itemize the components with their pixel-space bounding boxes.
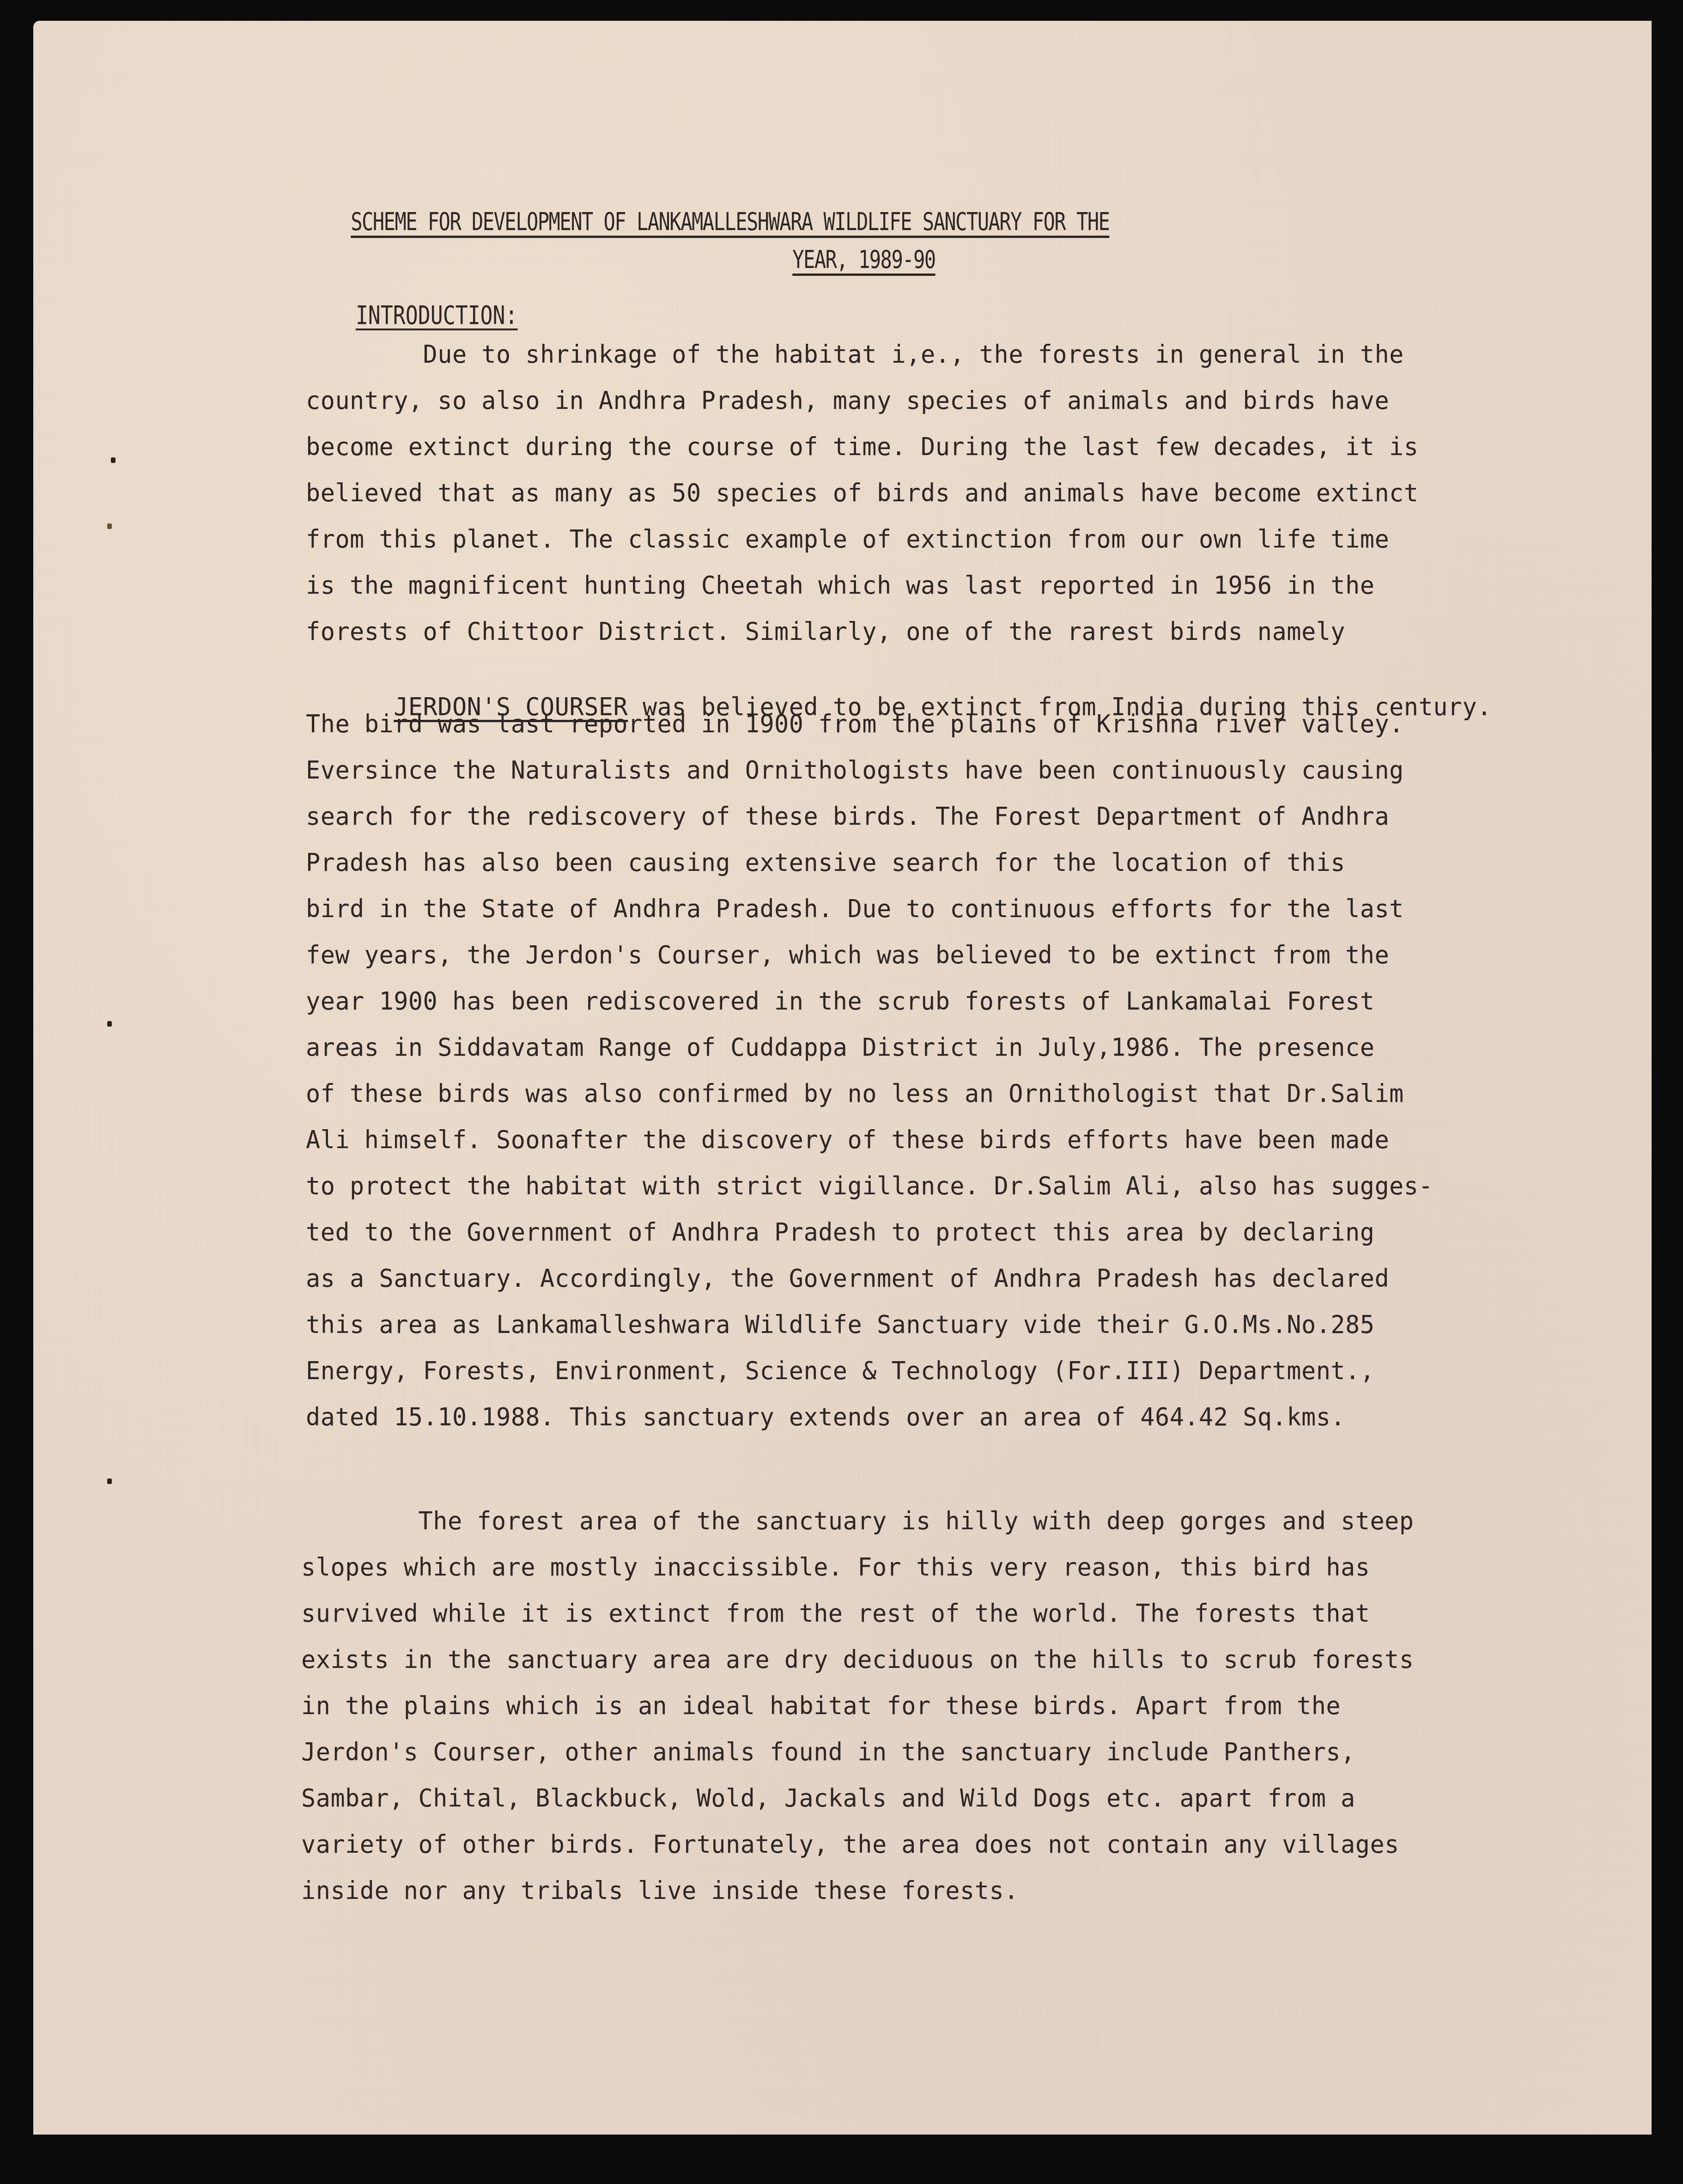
title-line-2: YEAR, 1989-90 (792, 245, 935, 274)
text-line: country, so also in Andhra Pradesh, many… (306, 386, 1389, 415)
text-line: of these birds was also confirmed by no … (306, 1079, 1404, 1108)
punch-hole-mark (111, 457, 115, 463)
text-line: ted to the Government of Andhra Pradesh … (306, 1217, 1374, 1247)
text-line: is the magnificent hunting Cheetah which… (306, 571, 1374, 600)
text-line: areas in Siddavatam Range of Cuddappa Di… (306, 1033, 1374, 1062)
text-line: in the plains which is an ideal habitat … (301, 1691, 1341, 1720)
text-line: survived while it is extinct from the re… (301, 1599, 1370, 1628)
text-line: forests of Chittoor District. Similarly,… (306, 617, 1345, 646)
text-line: slopes which are mostly inaccissible. Fo… (301, 1552, 1370, 1582)
text-line: Eversince the Naturalists and Ornitholog… (306, 755, 1404, 785)
text-line: variety of other birds. Fortunately, the… (301, 1830, 1399, 1859)
text-line: to protect the habitat with strict vigil… (306, 1171, 1433, 1200)
text-line: this area as Lankamalleshwara Wildlife S… (306, 1310, 1374, 1339)
document-title-year: YEAR, 1989-90 (748, 216, 936, 303)
text-line: inside nor any tribals live inside these… (301, 1876, 1019, 1905)
text-line: Jerdon's Courser, other animals found in… (301, 1737, 1355, 1766)
text-line: believed that as many as 50 species of b… (306, 478, 1418, 507)
introduction-heading: INTRODUCTION: (356, 300, 518, 330)
text-line: Energy, Forests, Environment, Science & … (306, 1356, 1374, 1385)
punch-hole-mark (107, 523, 112, 529)
text-line: The forest area of the sanctuary is hill… (301, 1506, 1414, 1535)
text-line: year 1900 has been rediscovered in the s… (306, 986, 1374, 1016)
text-line: search for the rediscovery of these bird… (306, 802, 1389, 831)
text-line: exists in the sanctuary area are dry dec… (301, 1645, 1414, 1674)
text-line: Due to shrinkage of the habitat i,e., th… (306, 340, 1404, 369)
punch-hole-mark (107, 1021, 112, 1027)
text-line: Sambar, Chital, Blackbuck, Wold, Jackals… (301, 1783, 1355, 1813)
title-line-1: SCHEME FOR DEVELOPMENT OF LANKAMALLESHWA… (351, 207, 1109, 236)
document-page: SCHEME FOR DEVELOPMENT OF LANKAMALLESHWA… (33, 21, 1652, 2135)
text-line: dated 15.10.1988. This sanctuary extends… (306, 1402, 1345, 1431)
text-line: as a Sanctuary. Accordingly, the Governm… (306, 1264, 1389, 1293)
text-line: become extinct during the course of time… (306, 432, 1418, 461)
text-line: bird in the State of Andhra Pradesh. Due… (306, 894, 1404, 923)
text-line: Pradesh has also been causing extensive … (306, 848, 1345, 877)
text-line: few years, the Jerdon's Courser, which w… (306, 940, 1389, 969)
punch-hole-mark (107, 1478, 112, 1484)
document-title: SCHEME FOR DEVELOPMENT OF LANKAMALLESHWA… (307, 178, 1109, 265)
text-line: The bird was last reported in 1900 from … (306, 709, 1404, 738)
text-line: Ali himself. Soonafter the discovery of … (306, 1125, 1389, 1154)
text-line: from this planet. The classic example of… (306, 524, 1389, 554)
